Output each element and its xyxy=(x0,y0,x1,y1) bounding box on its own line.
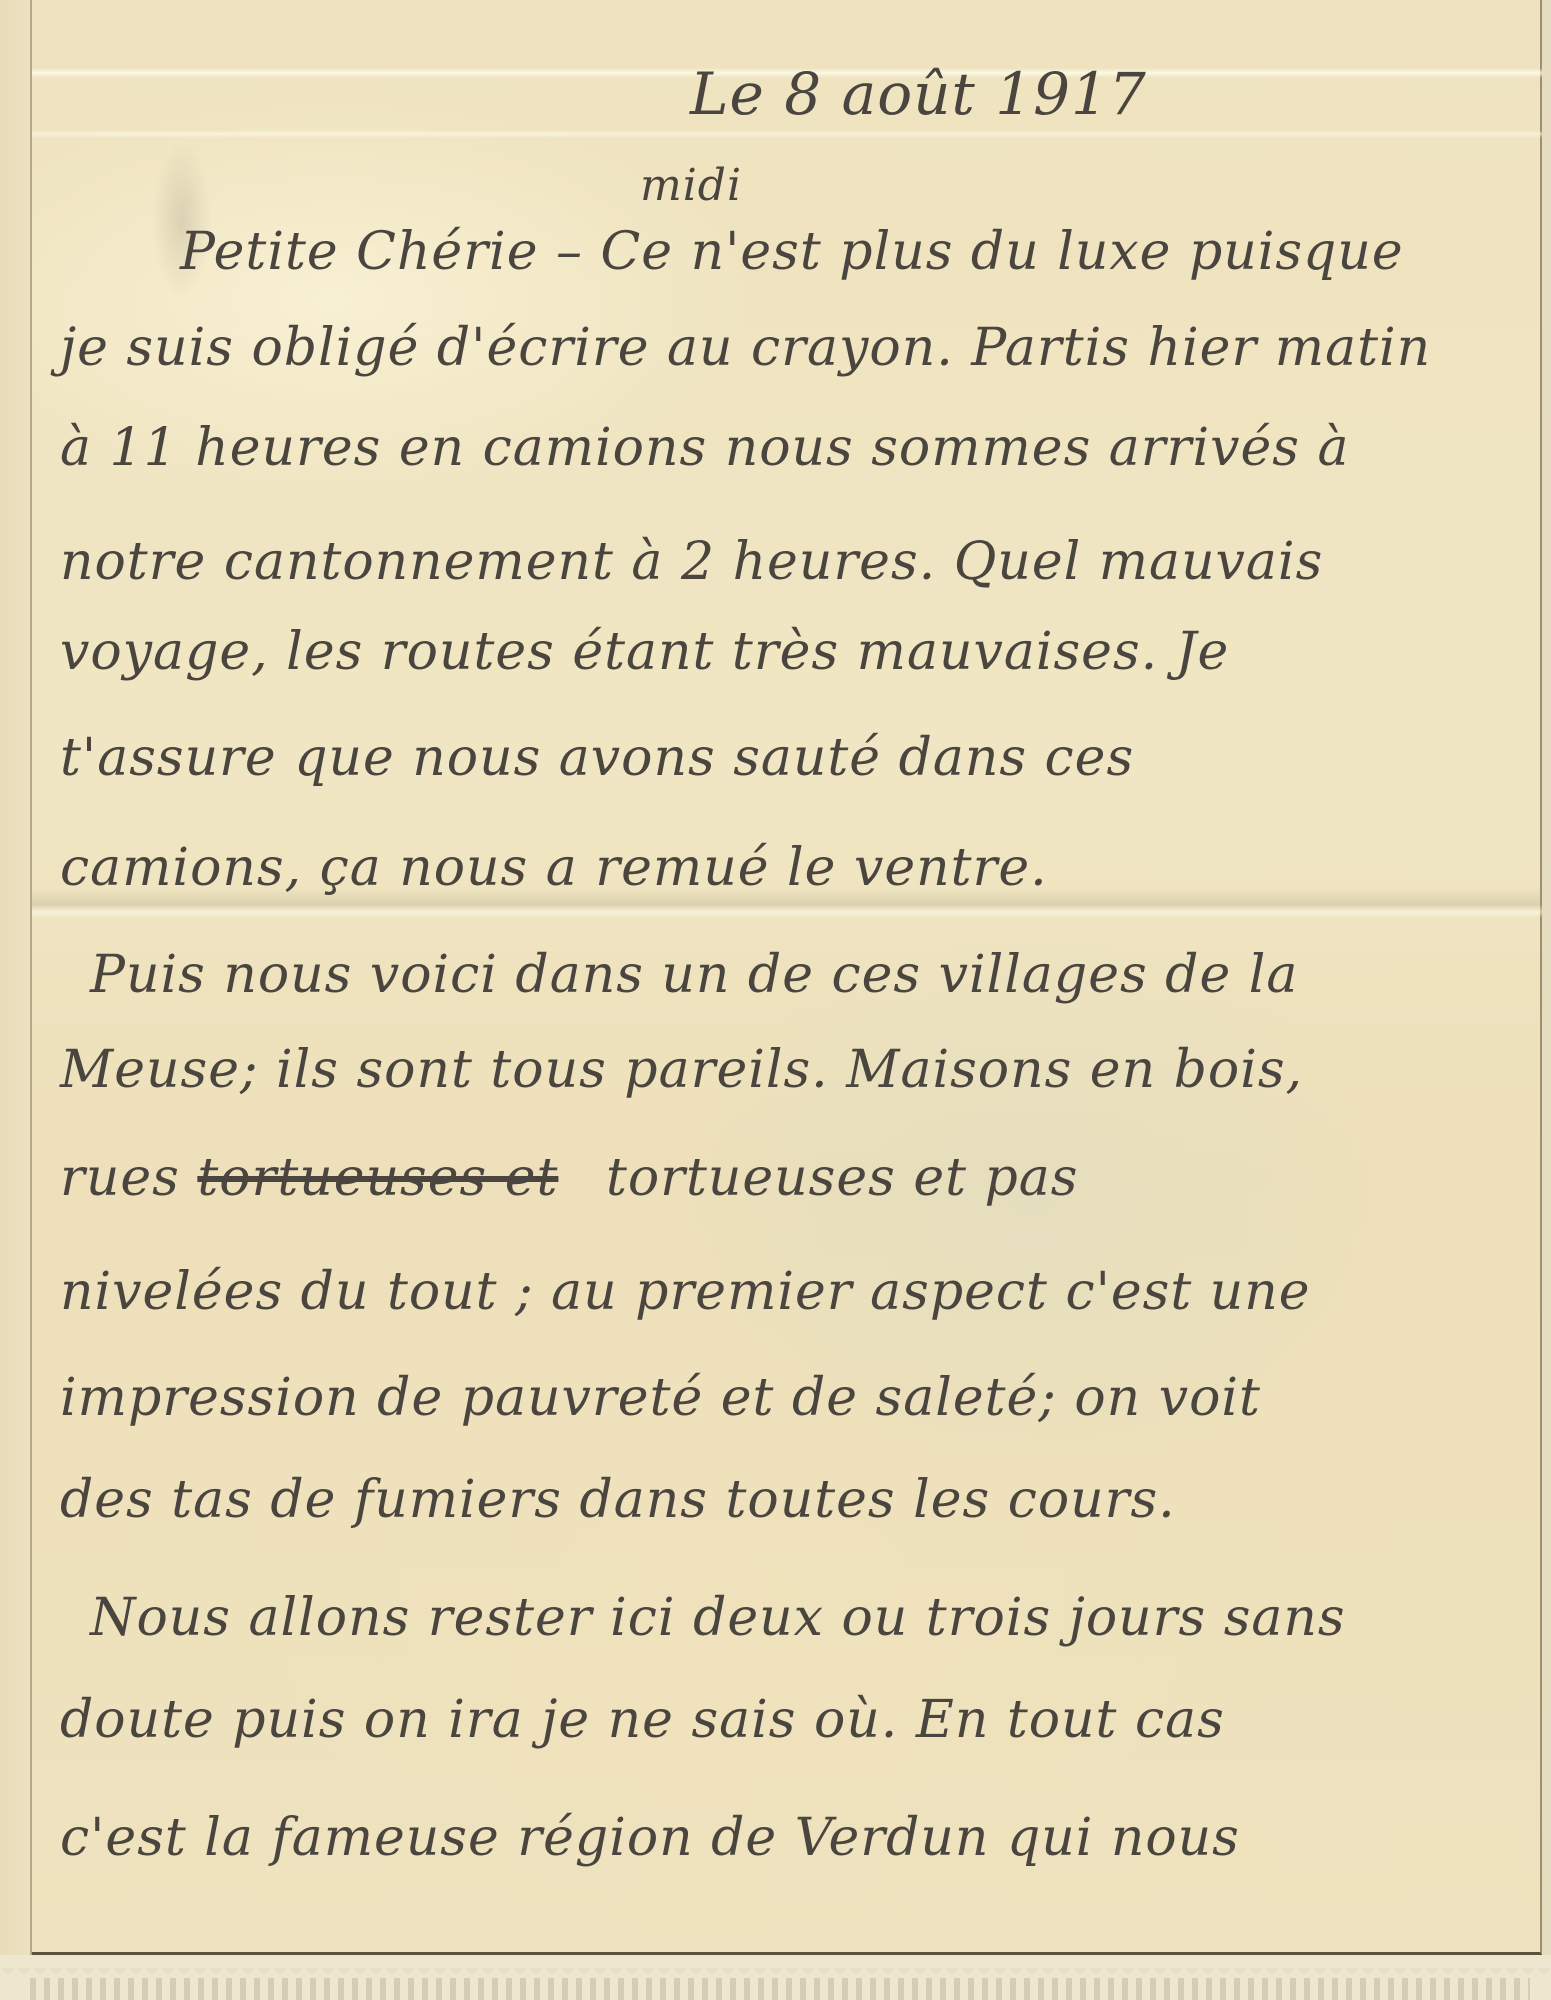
struck-out-text: tortueuses et xyxy=(197,1148,558,1208)
letter-line-2: je suis obligé d'écrire au crayon. Parti… xyxy=(60,318,1500,378)
letter-line-12: impression de pauvreté et de saleté; on … xyxy=(60,1368,1500,1428)
letter-line-3: à 11 heures en camions nous sommes arriv… xyxy=(60,418,1500,478)
letter-line-4: notre cantonnement à 2 heures. Quel mauv… xyxy=(60,532,1500,592)
letter-line-16: c'est la fameuse région de Verdun qui no… xyxy=(60,1808,1500,1868)
letter-line-5: voyage, les routes étant très mauvaises.… xyxy=(60,622,1500,682)
letter-line-13: des tas de fumiers dans toutes les cours… xyxy=(60,1470,1500,1530)
word-rues: rues xyxy=(60,1148,180,1208)
letter-line-10: rues tortueuses et tortueuses et pas xyxy=(60,1148,1500,1208)
letter-line-1: Petite Chérie – Ce n'est plus du luxe pu… xyxy=(180,222,1551,282)
letter-line-7: camions, ça nous a remué le ventre. xyxy=(60,838,1500,898)
letter-line-11: nivelées du tout ; au premier aspect c'e… xyxy=(60,1262,1500,1322)
line-10-continuation: tortueuses et pas xyxy=(606,1148,1079,1208)
letter-line-15: doute puis on ira je ne sais où. En tout… xyxy=(60,1690,1500,1750)
letter-line-9: Meuse; ils sont tous pareils. Maisons en… xyxy=(60,1040,1500,1100)
letter-line-14: Nous allons rester ici deux ou trois jou… xyxy=(90,1588,1530,1648)
letter-line-6: t'assure que nous avons sauté dans ces xyxy=(60,728,1500,788)
underlying-sheet-text xyxy=(30,1978,1530,2000)
left-page-edge xyxy=(0,0,32,1955)
letter-body: Petite Chérie – Ce n'est plus du luxe pu… xyxy=(60,0,1500,1955)
letter-line-8: Puis nous voici dans un de ces villages … xyxy=(90,945,1530,1005)
